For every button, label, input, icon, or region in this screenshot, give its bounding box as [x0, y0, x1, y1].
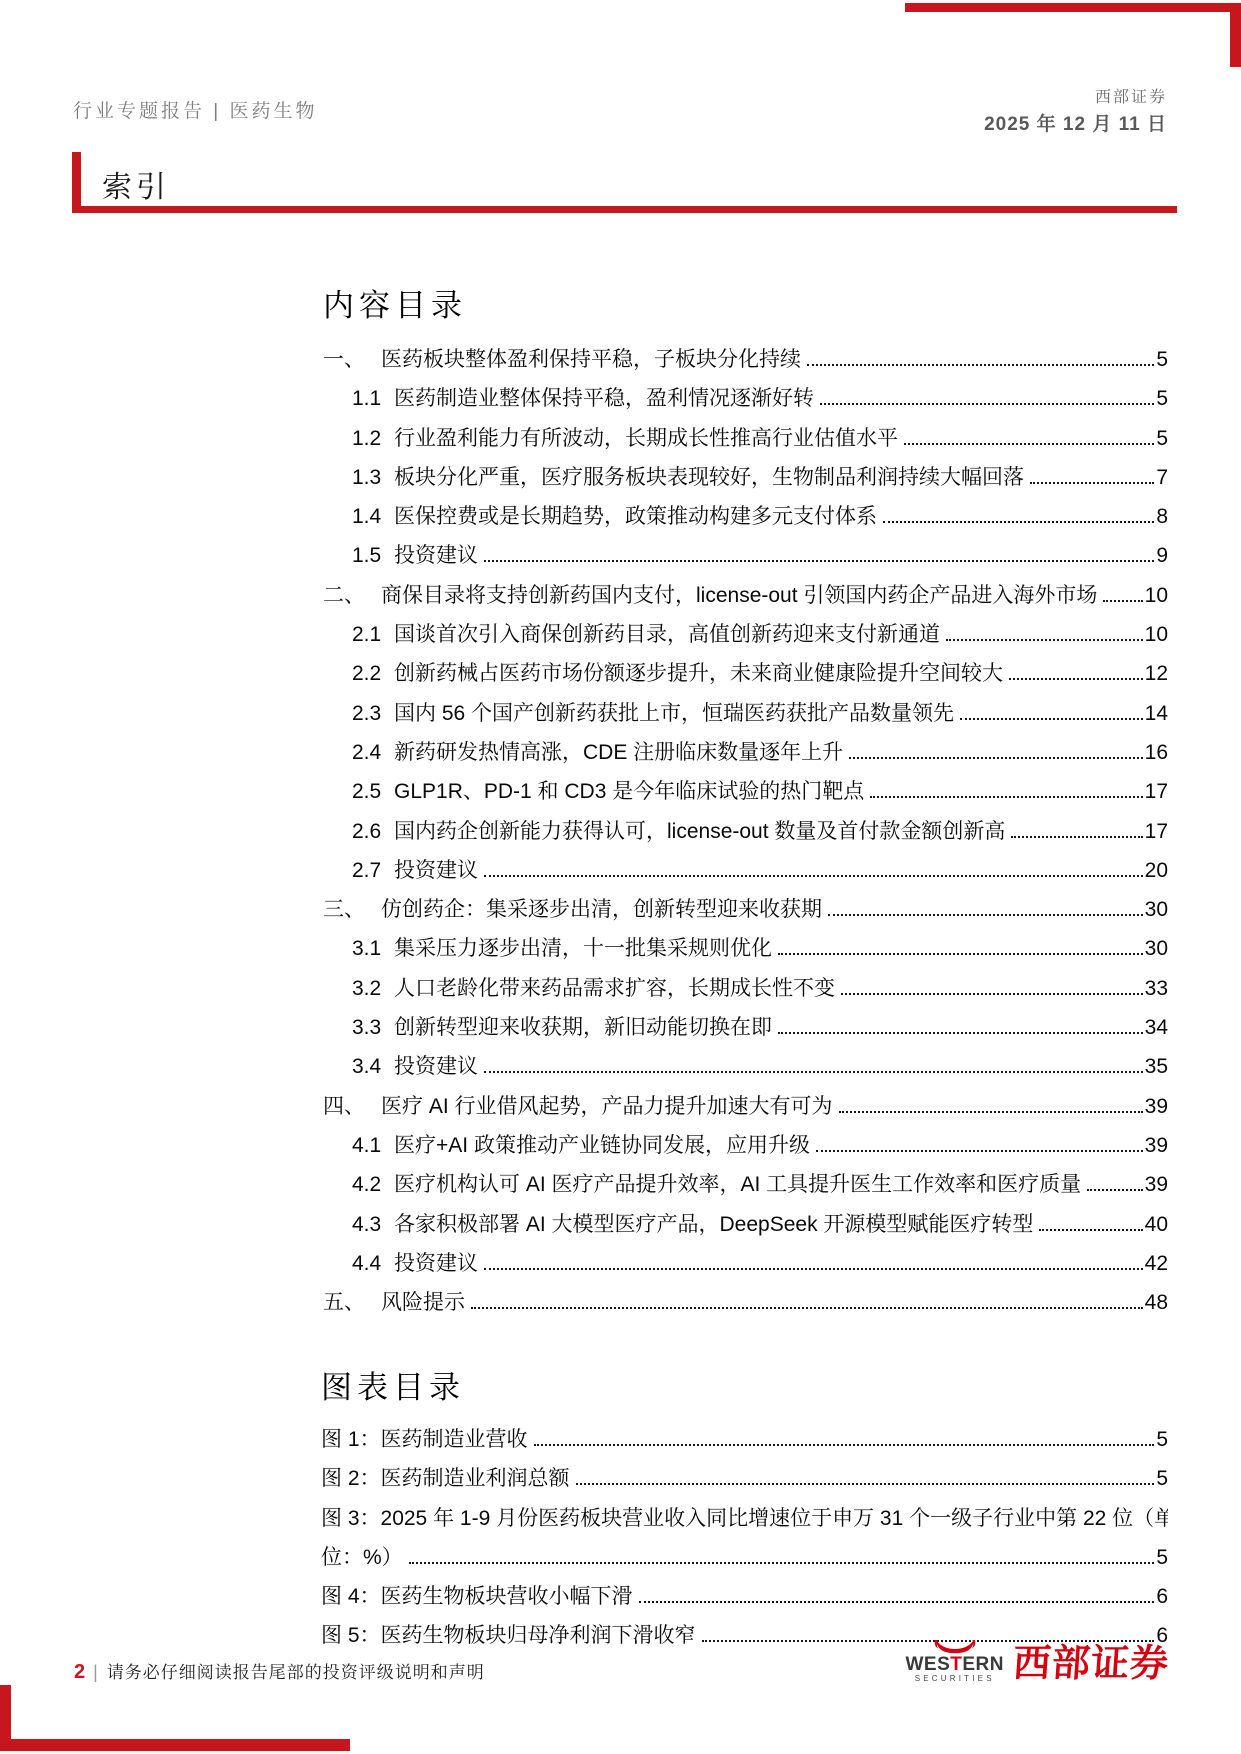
entry-title: 医疗+AI 政策推动产业链协同发展，应用升级 [394, 1126, 810, 1165]
figure-entry[interactable]: 图 4：医药生物板块营收小幅下滑6 [321, 1577, 1168, 1616]
entry-number: 2.5 [352, 772, 394, 811]
figure-entry[interactable]: 位：%）5 [321, 1538, 1168, 1577]
dot-leader [484, 560, 1154, 562]
toc-entry[interactable]: 2.3国内 56 个国产创新药获批上市，恒瑞医药获批产品数量领先14 [352, 694, 1168, 733]
entry-title: 板块分化严重，医疗服务板块表现较好，生物制品利润持续大幅回落 [394, 458, 1024, 497]
entry-title: 医疗机构认可 AI 医疗产品提升效率，AI 工具提升医生工作效率和医疗质量 [394, 1165, 1081, 1204]
entry-title: 图 3：2025 年 1-9 月份医药板块营业收入同比增速位于申万 31 个一级… [321, 1499, 1168, 1538]
entry-number: 五、 [323, 1283, 381, 1322]
entry-title: 国内 56 个国产创新药获批上市，恒瑞医药获批产品数量领先 [394, 694, 954, 733]
entry-number: 一、 [323, 340, 381, 379]
figure-entry[interactable]: 图 1：医药制造业营收5 [321, 1420, 1168, 1459]
logo-western-text: WESTERN [905, 1655, 1004, 1674]
entry-number: 3.4 [352, 1047, 394, 1086]
entry-page-number: 5 [1156, 1459, 1168, 1498]
entry-title: 图 4：医药生物板块营收小幅下滑 [321, 1577, 633, 1616]
entry-number: 4.1 [352, 1126, 394, 1165]
dot-leader [849, 757, 1142, 759]
entry-page-number: 14 [1145, 694, 1168, 733]
dot-leader [484, 1071, 1143, 1073]
dot-leader [1030, 482, 1154, 484]
entry-page-number: 39 [1145, 1087, 1168, 1126]
entry-number: 二、 [323, 576, 381, 615]
entry-page-number: 20 [1145, 851, 1168, 890]
header-right: 西部证券 2025 年 12 月 11 日 [984, 84, 1167, 136]
entry-page-number: 6 [1156, 1577, 1168, 1616]
entry-page-number: 40 [1145, 1205, 1168, 1244]
figure-list: 图 1：医药制造业营收5图 2：医药制造业利润总额5图 3：2025 年 1-9… [321, 1420, 1168, 1656]
toc-entry[interactable]: 二、商保目录将支持创新药国内支付，license-out 引领国内药企产品进入海… [323, 576, 1168, 615]
footer-separator: | [93, 1662, 98, 1683]
entry-page-number: 5 [1156, 1420, 1168, 1459]
entry-number: 2.1 [352, 615, 394, 654]
entry-page-number: 8 [1156, 497, 1168, 536]
dot-leader [534, 1444, 1155, 1446]
toc-entry[interactable]: 2.4新药研发热情高涨，CDE 注册临床数量逐年上升16 [352, 733, 1168, 772]
entry-page-number: 5 [1156, 419, 1168, 458]
figure-entry[interactable]: 图 3：2025 年 1-9 月份医药板块营业收入同比增速位于申万 31 个一级… [321, 1499, 1168, 1538]
figure-entry[interactable]: 图 2：医药制造业利润总额5 [321, 1459, 1168, 1498]
entry-page-number: 42 [1145, 1244, 1168, 1283]
toc-entry[interactable]: 1.5投资建议9 [352, 536, 1168, 575]
report-type-breadcrumb: 行业专题报告 | 医药生物 [73, 96, 318, 123]
toc-entry[interactable]: 3.4投资建议35 [352, 1047, 1168, 1086]
entry-title: GLP1R、PD-1 和 CD3 是今年临床试验的热门靶点 [394, 772, 864, 811]
toc-entry[interactable]: 2.7投资建议20 [352, 851, 1168, 890]
footer-disclaimer: 请务必仔细阅读报告尾部的投资评级说明和声明 [107, 1658, 485, 1683]
entry-page-number: 7 [1156, 458, 1168, 497]
entry-page-number: 17 [1145, 812, 1168, 851]
entry-number: 4.2 [352, 1165, 394, 1204]
western-securities-logo: WESTERN SECURITIES 西部证券 [905, 1641, 1169, 1684]
entry-title: 国内药企创新能力获得认可，license-out 数量及首付款金额创新高 [394, 812, 1005, 851]
entry-title: 仿创药企：集采逐步出清，创新转型迎来收获期 [381, 890, 822, 929]
toc-entry[interactable]: 2.5GLP1R、PD-1 和 CD3 是今年临床试验的热门靶点17 [352, 772, 1168, 811]
page-title: 索引 [81, 152, 1177, 206]
entry-page-number: 5 [1156, 1538, 1168, 1577]
dot-leader [820, 403, 1154, 405]
toc-entry[interactable]: 五、风险提示48 [323, 1283, 1168, 1322]
entry-number: 四、 [323, 1087, 381, 1126]
dot-leader [841, 993, 1143, 995]
entry-number: 1.1 [352, 379, 394, 418]
entry-title: 位：%） [321, 1538, 403, 1577]
entry-title: 商保目录将支持创新药国内支付，license-out 引领国内药企产品进入海外市… [381, 576, 1097, 615]
entry-page-number: 12 [1145, 654, 1168, 693]
entry-number: 3.2 [352, 969, 394, 1008]
entry-page-number: 34 [1145, 1008, 1168, 1047]
bull-horns-icon [934, 1639, 976, 1657]
entry-page-number: 10 [1145, 576, 1168, 615]
entry-page-number: 5 [1156, 340, 1168, 379]
toc-entry[interactable]: 4.1医疗+AI 政策推动产业链协同发展，应用升级39 [352, 1126, 1168, 1165]
top-right-accent-bar-horizontal [905, 3, 1241, 12]
logo-securities-text: SECURITIES [905, 1674, 1004, 1684]
entry-page-number: 39 [1145, 1126, 1168, 1165]
entry-page-number: 33 [1145, 969, 1168, 1008]
entry-title: 投资建议 [394, 1244, 478, 1283]
entry-title: 医保控费或是长期趋势，政策推动构建多元支付体系 [394, 497, 877, 536]
toc-entry[interactable]: 2.2创新药械占医药市场份额逐步提升，未来商业健康险提升空间较大12 [352, 654, 1168, 693]
dot-leader [778, 1032, 1143, 1034]
entry-title: 人口老龄化带来药品需求扩容，长期成长性不变 [394, 969, 835, 1008]
bottom-left-accent-bar-horizontal [0, 1739, 350, 1751]
toc-entry[interactable]: 四、医疗 AI 行业借风起势，产品力提升加速大有可为39 [323, 1087, 1168, 1126]
report-date: 2025 年 12 月 11 日 [984, 109, 1167, 136]
report-page: 行业专题报告 | 医药生物 西部证券 2025 年 12 月 11 日 索引 内… [0, 0, 1241, 1754]
entry-title: 医药板块整体盈利保持平稳，子板块分化持续 [381, 340, 801, 379]
entry-title: 风险提示 [381, 1283, 465, 1322]
toc-entry[interactable]: 4.4投资建议42 [352, 1244, 1168, 1283]
entry-number: 1.2 [352, 419, 394, 458]
toc-entry[interactable]: 3.1集采压力逐步出清，十一批集采规则优化30 [352, 929, 1168, 968]
entry-page-number: 48 [1145, 1283, 1168, 1322]
entry-page-number: 5 [1156, 379, 1168, 418]
page-number: 2 [74, 1661, 85, 1684]
entry-page-number: 16 [1145, 733, 1168, 772]
entry-title: 医疗 AI 行业借风起势，产品力提升加速大有可为 [381, 1087, 833, 1126]
entry-title: 图 1：医药制造业营收 [321, 1420, 528, 1459]
entry-title: 创新转型迎来收获期，新旧动能切换在即 [394, 1008, 772, 1047]
dot-leader [1009, 678, 1143, 680]
toc-entry[interactable]: 3.3创新转型迎来收获期，新旧动能切换在即34 [352, 1008, 1168, 1047]
logo-chinese-text: 西部证券 [1012, 1644, 1171, 1684]
entry-title: 新药研发热情高涨，CDE 注册临床数量逐年上升 [394, 733, 843, 772]
dot-leader [1103, 600, 1142, 602]
dot-leader [1039, 1229, 1142, 1231]
toc-entry[interactable]: 2.6国内药企创新能力获得认可，license-out 数量及首付款金额创新高1… [352, 812, 1168, 851]
index-title-block: 索引 [72, 152, 1177, 213]
entry-number: 1.5 [352, 536, 394, 575]
entry-number: 1.4 [352, 497, 394, 536]
toc-entry[interactable]: 3.2人口老龄化带来药品需求扩容，长期成长性不变33 [352, 969, 1168, 1008]
toc-entry[interactable]: 4.3各家积极部署 AI 大模型医疗产品，DeepSeek 开源模型赋能医疗转型… [352, 1205, 1168, 1244]
toc-entry[interactable]: 三、仿创药企：集采逐步出清，创新转型迎来收获期30 [323, 890, 1168, 929]
entry-number: 1.3 [352, 458, 394, 497]
entry-title: 投资建议 [394, 851, 478, 890]
entry-page-number: 30 [1145, 890, 1168, 929]
toc-heading: 内容目录 [323, 280, 467, 325]
entry-number: 2.4 [352, 733, 394, 772]
dot-leader [778, 953, 1143, 955]
dot-leader [576, 1483, 1155, 1485]
entry-number: 2.7 [352, 851, 394, 890]
toc-entry[interactable]: 4.2医疗机构认可 AI 医疗产品提升效率，AI 工具提升医生工作效率和医疗质量… [352, 1165, 1168, 1204]
dot-leader [828, 914, 1143, 916]
entry-number: 2.2 [352, 654, 394, 693]
dot-leader [484, 1268, 1143, 1270]
entry-title: 医药制造业整体保持平稳，盈利情况逐渐好转 [394, 379, 814, 418]
dot-leader [960, 718, 1143, 720]
entry-number: 4.4 [352, 1244, 394, 1283]
dot-leader [870, 796, 1142, 798]
dot-leader [839, 1111, 1143, 1113]
dot-leader [639, 1601, 1155, 1603]
toc-entry[interactable]: 1.1医药制造业整体保持平稳，盈利情况逐渐好转5 [352, 379, 1168, 418]
toc-entry[interactable]: 1.2行业盈利能力有所波动，长期成长性推高行业估值水平5 [352, 419, 1168, 458]
toc-entry[interactable]: 2.1国谈首次引入商保创新药目录，高值创新药迎来支付新通道10 [352, 615, 1168, 654]
dot-leader [471, 1307, 1143, 1309]
dot-leader [484, 875, 1143, 877]
dot-leader [1087, 1189, 1142, 1191]
toc-entry[interactable]: 一、医药板块整体盈利保持平稳，子板块分化持续5 [323, 340, 1168, 379]
logo-english-block: WESTERN SECURITIES [905, 1641, 1004, 1684]
entry-page-number: 9 [1156, 536, 1168, 575]
entry-number: 2.6 [352, 812, 394, 851]
entry-title: 图 5：医药生物板块归母净利润下滑收窄 [321, 1616, 696, 1655]
entry-number: 3.3 [352, 1008, 394, 1047]
entry-title: 行业盈利能力有所波动，长期成长性推高行业估值水平 [394, 419, 898, 458]
dot-leader [1011, 836, 1142, 838]
brand-name: 西部证券 [984, 84, 1167, 107]
dot-leader [946, 639, 1143, 641]
figure-list-heading: 图表目录 [321, 1362, 465, 1407]
dot-leader [904, 443, 1154, 445]
entry-title: 各家积极部署 AI 大模型医疗产品，DeepSeek 开源模型赋能医疗转型 [394, 1205, 1033, 1244]
footer: 2 | 请务必仔细阅读报告尾部的投资评级说明和声明 [74, 1658, 485, 1684]
dot-leader [883, 521, 1154, 523]
dot-leader [807, 364, 1154, 366]
entry-page-number: 35 [1145, 1047, 1168, 1086]
entry-page-number: 17 [1145, 772, 1168, 811]
entry-number: 4.3 [352, 1205, 394, 1244]
top-right-accent-bar-vertical [1230, 3, 1241, 67]
entry-number: 3.1 [352, 929, 394, 968]
entry-title: 国谈首次引入商保创新药目录，高值创新药迎来支付新通道 [394, 615, 940, 654]
toc-entry[interactable]: 1.4医保控费或是长期趋势，政策推动构建多元支付体系8 [352, 497, 1168, 536]
entry-title: 投资建议 [394, 1047, 478, 1086]
toc-entry[interactable]: 1.3板块分化严重，医疗服务板块表现较好，生物制品利润持续大幅回落7 [352, 458, 1168, 497]
entry-title: 投资建议 [394, 536, 478, 575]
entry-page-number: 39 [1145, 1165, 1168, 1204]
entry-number: 三、 [323, 890, 381, 929]
dot-leader [816, 1150, 1143, 1152]
entry-page-number: 10 [1145, 615, 1168, 654]
dot-leader [409, 1562, 1155, 1564]
entry-number: 2.3 [352, 694, 394, 733]
entry-title: 集采压力逐步出清，十一批集采规则优化 [394, 929, 772, 968]
entry-title: 创新药械占医药市场份额逐步提升，未来商业健康险提升空间较大 [394, 654, 1003, 693]
toc-list: 一、医药板块整体盈利保持平稳，子板块分化持续51.1医药制造业整体保持平稳，盈利… [323, 340, 1168, 1322]
entry-title: 图 2：医药制造业利润总额 [321, 1459, 570, 1498]
entry-page-number: 30 [1145, 929, 1168, 968]
